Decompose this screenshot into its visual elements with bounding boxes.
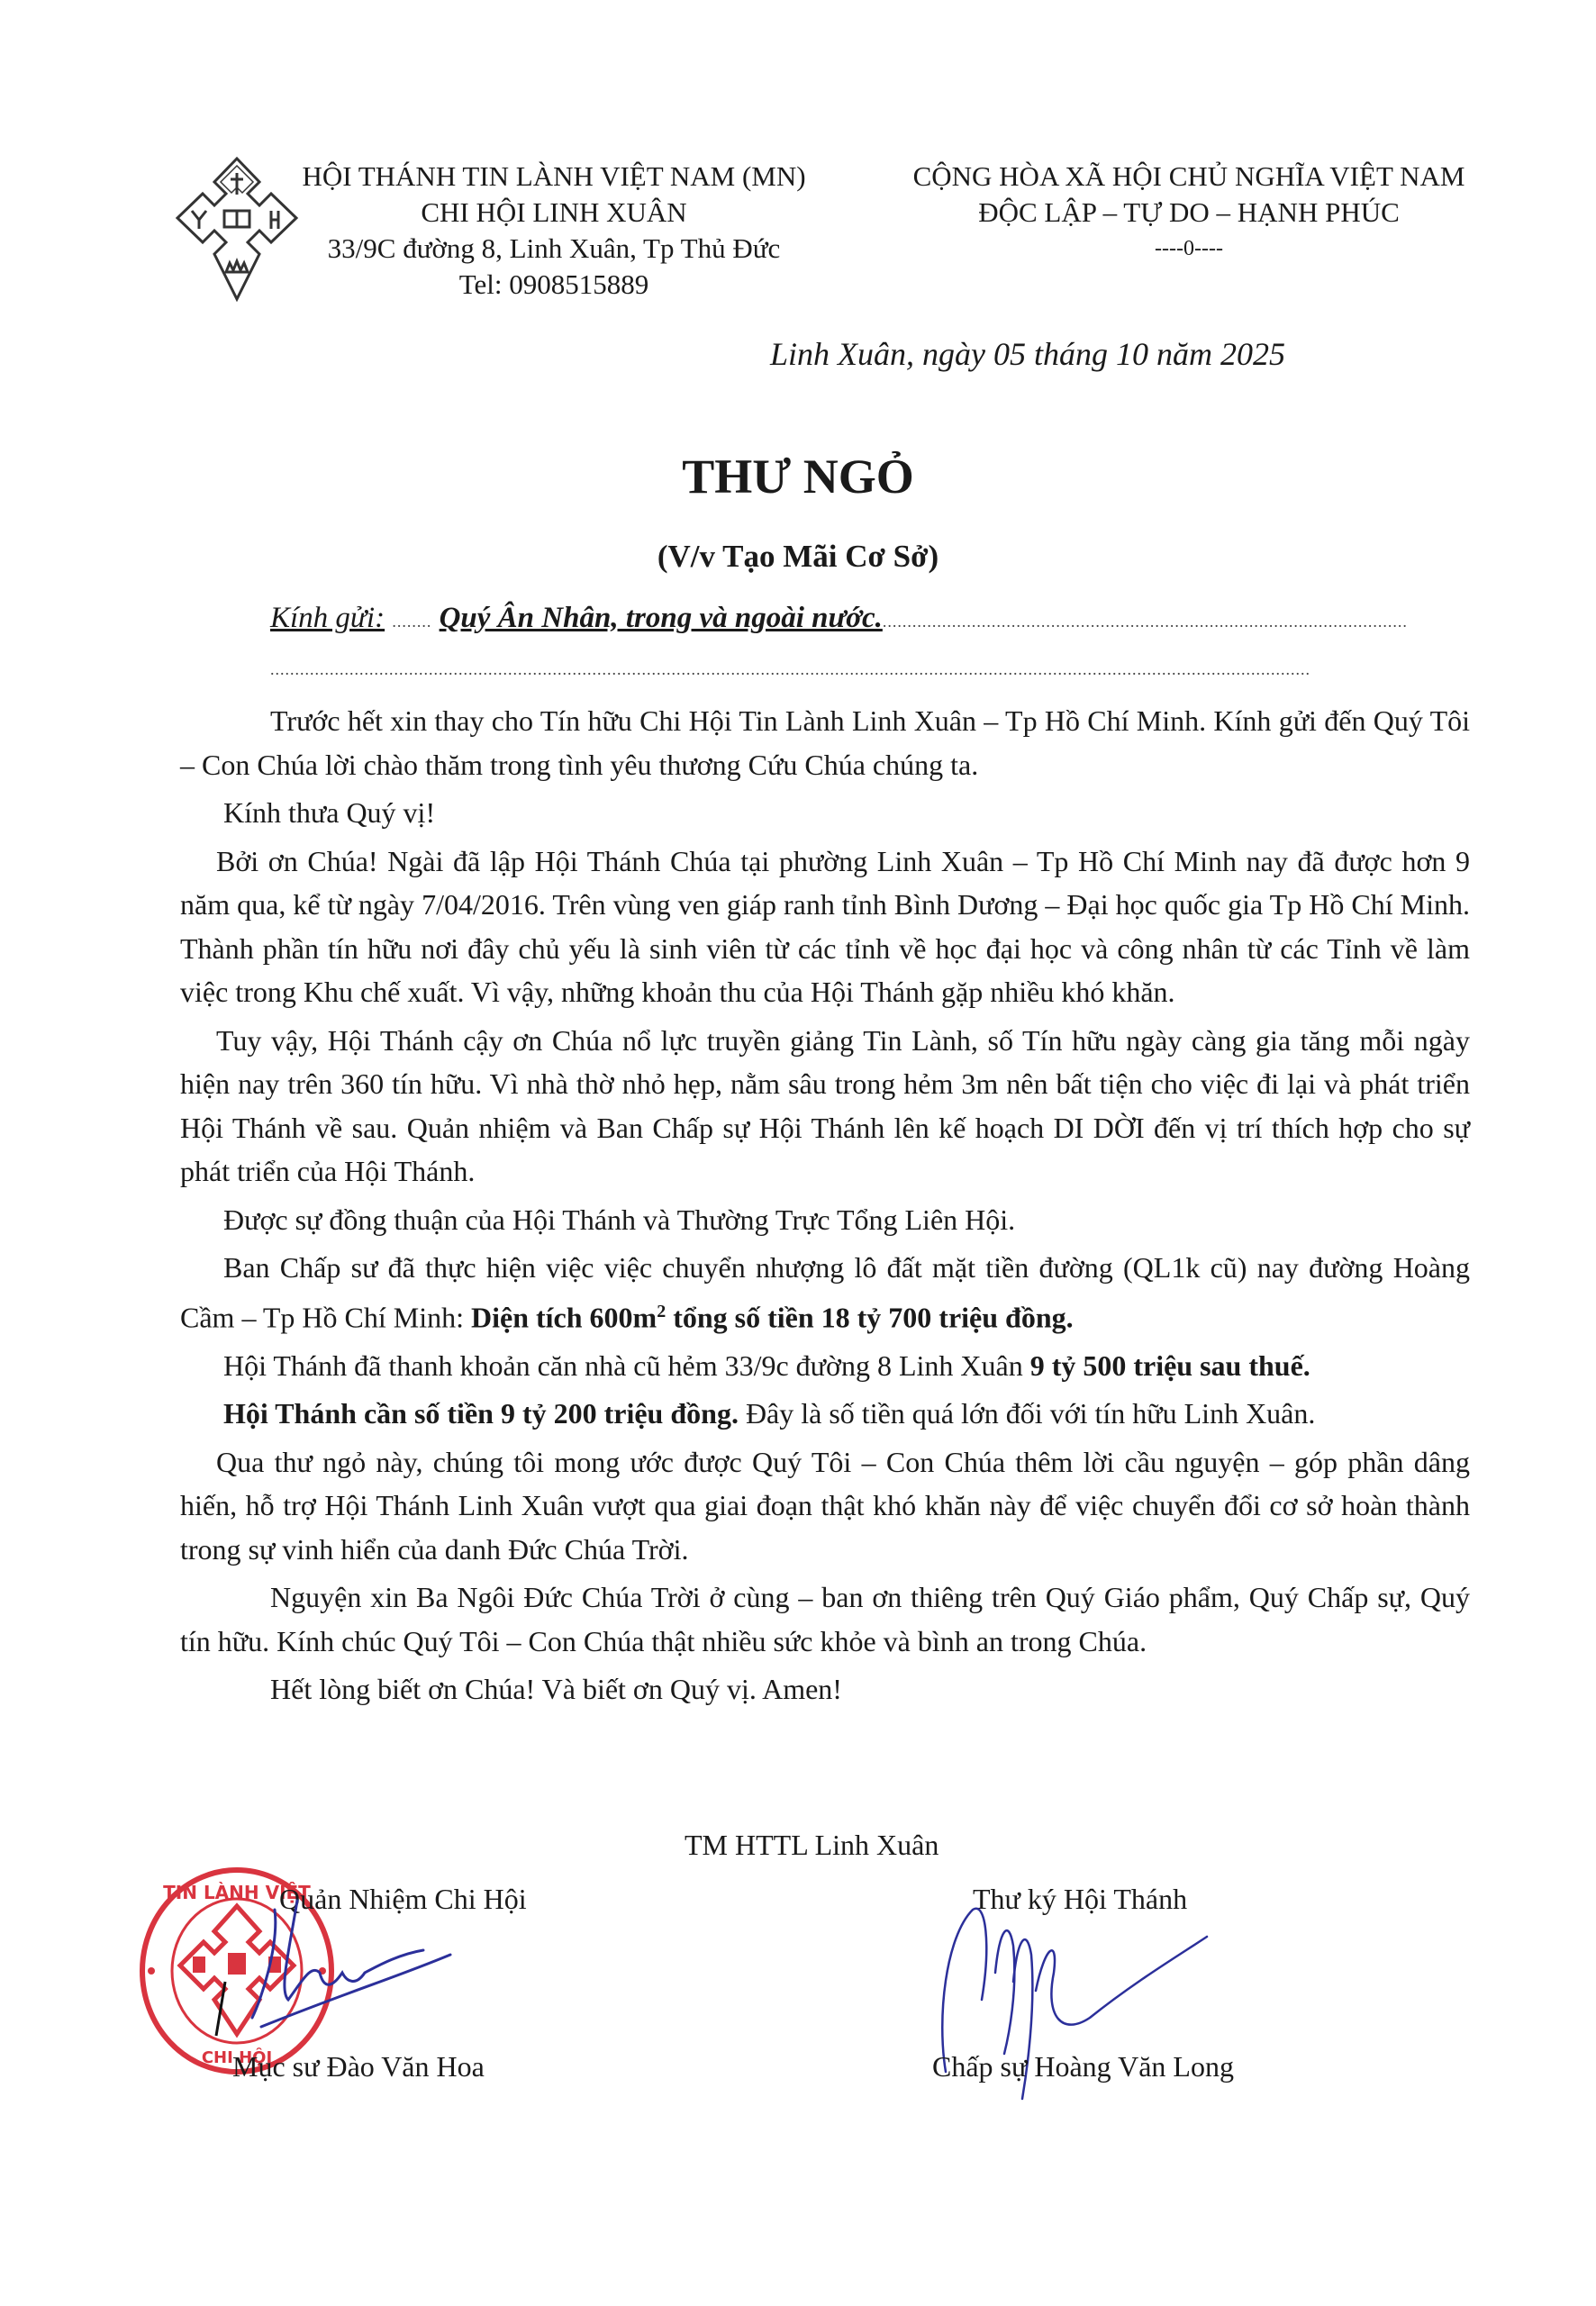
- dot-leader: ........................................…: [883, 613, 1408, 631]
- paragraph: Nguyện xin Ba Ngôi Đức Chúa Trời ở cùng …: [180, 1575, 1470, 1663]
- paragraph: Bởi ơn Chúa! Ngài đã lập Hội Thánh Chúa …: [180, 840, 1470, 1014]
- document-subject: (V/v Tạo Mãi Cơ Sở): [0, 539, 1596, 575]
- salutation: Kính thưa Quý vị!: [180, 791, 1470, 835]
- paragraph: Qua thư ngỏ này, chúng tôi mong ước được…: [180, 1440, 1470, 1572]
- closing-line: Hết lòng biết ơn Chúa! Và biết ơn Quý vị…: [180, 1667, 1470, 1711]
- needed-amount: Hội Thánh cần số tiền 9 tỷ 200 triệu đồn…: [223, 1397, 739, 1430]
- organization-header: HỘI THÁNH TIN LÀNH VIỆT NAM (MN) CHI HỘI…: [270, 159, 838, 303]
- left-signer-name: Mục sư Đào Văn Hoa: [232, 2050, 485, 2084]
- header-separator: ----0----: [847, 231, 1531, 267]
- recipient-value: Quý Ân Nhân, trong và ngoài nước.: [440, 602, 883, 634]
- right-signer-name: Chấp sự Hoàng Văn Long: [932, 2050, 1234, 2084]
- paragraph: Tuy vậy, Hội Thánh cậy ơn Chúa nổ lực tr…: [180, 1019, 1470, 1194]
- text: Hội Thánh đã thanh khoản căn nhà cũ hẻm …: [223, 1349, 1030, 1382]
- total-amount: tổng số tiền 18 tỷ 700 triệu đồng.: [666, 1301, 1073, 1333]
- national-header: CỘNG HÒA XÃ HỘI CHỦ NGHĨA VIỆT NAM ĐỘC L…: [847, 159, 1531, 267]
- dot-leader-line: ........................................…: [270, 660, 1378, 679]
- date-line: Linh Xuân, ngày 05 tháng 10 năm 2025: [770, 335, 1285, 373]
- dot-leader: ........: [392, 613, 431, 631]
- country-name: CỘNG HÒA XÃ HỘI CHỦ NGHĨA VIỆT NAM: [847, 159, 1531, 195]
- branch-name: CHI HỘI LINH XUÂN: [270, 195, 838, 231]
- org-name: HỘI THÁNH TIN LÀNH VIỆT NAM (MN): [270, 159, 838, 195]
- recipient-label: Kính gửi:: [270, 602, 385, 634]
- org-address: 33/9C đường 8, Linh Xuân, Tp Thủ Đức: [270, 231, 838, 267]
- national-motto: ĐỘC LẬP – TỰ DO – HẠNH PHÚC: [847, 195, 1531, 231]
- paragraph: Trước hết xin thay cho Tín hữu Chi Hội T…: [180, 699, 1470, 786]
- recipient-line: Kính gửi: ........ Quý Ân Nhân, trong và…: [270, 602, 1408, 635]
- paragraph: Ban Chấp sư đã thực hiện việc việc chuyể…: [180, 1246, 1470, 1339]
- org-tel: Tel: 0908515889: [270, 267, 838, 303]
- left-signature-icon: [189, 1883, 730, 2063]
- letter-body: Trước hết xin thay cho Tín hữu Chi Hội T…: [180, 699, 1470, 1716]
- text: Đây là số tiền quá lớn đối với tín hữu L…: [739, 1397, 1315, 1430]
- sale-amount: 9 tỷ 500 triệu sau thuế.: [1030, 1349, 1310, 1382]
- area-text: Diện tích 600m: [471, 1301, 657, 1333]
- document-title: THƯ NGỎ: [0, 449, 1596, 504]
- paragraph: Được sự đồng thuận của Hội Thánh và Thườ…: [180, 1198, 1470, 1242]
- paragraph: Hội Thánh đã thanh khoản căn nhà cũ hẻm …: [180, 1344, 1470, 1388]
- paragraph: Hội Thánh cần số tiền 9 tỷ 200 triệu đồn…: [180, 1392, 1470, 1436]
- on-behalf-label: TM HTTL Linh Xuân: [685, 1829, 939, 1862]
- superscript: 2: [657, 1302, 666, 1321]
